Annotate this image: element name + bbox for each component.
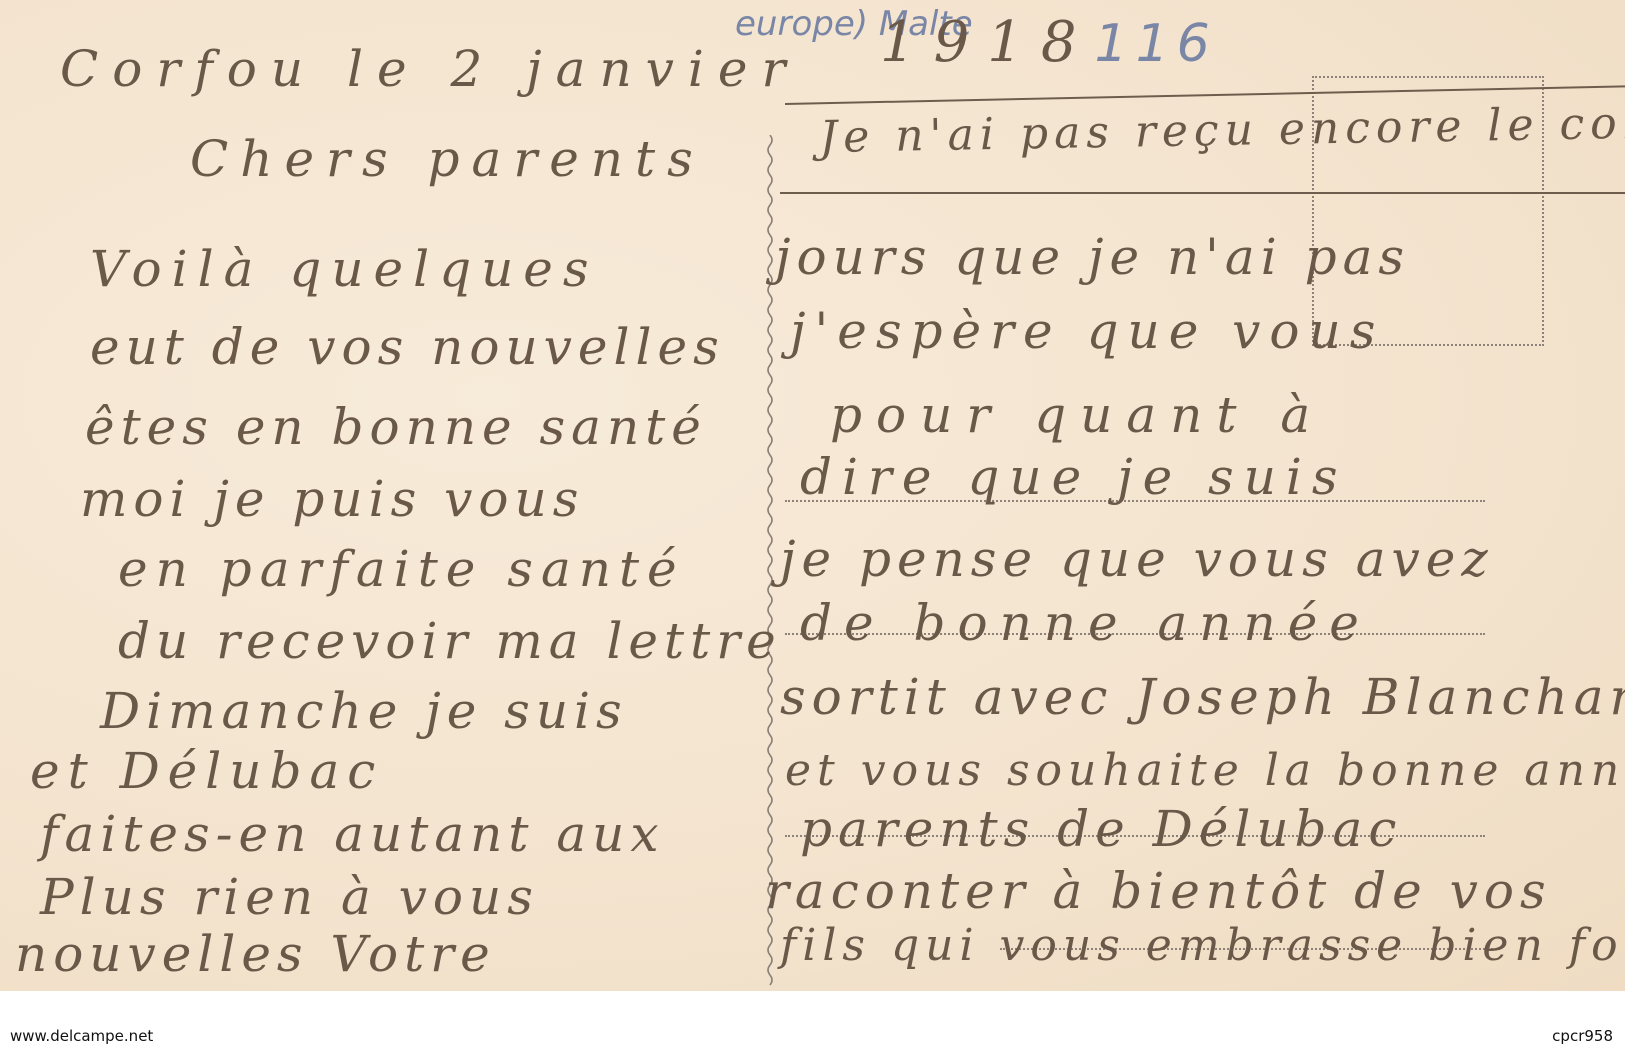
year-reference: 1918116	[880, 10, 1218, 75]
message-line-left: eut de vos nouvelles	[90, 318, 725, 376]
year-pencil: 116	[1095, 14, 1218, 74]
message-line-right: de bonne année	[800, 594, 1371, 652]
seller-code: cpcr958	[1552, 1027, 1613, 1045]
message-line-right: parents de Délubac	[800, 800, 1402, 858]
message-line-left: Dimanche je suis	[100, 682, 628, 740]
message-line-left: faites-en autant aux	[40, 805, 665, 863]
message-line-right: je pense que vous avez	[780, 530, 1494, 588]
message-line-left: du recevoir ma lettre	[118, 612, 782, 670]
year-ink: 1918	[880, 10, 1095, 75]
message-line-left: Voilà quelques	[90, 240, 599, 298]
address-rule-second	[780, 192, 1625, 194]
postcard-back: Corfou le 2 janvier europe) Malte 191811…	[0, 0, 1625, 991]
message-line-left: Chers parents	[190, 130, 705, 188]
message-line-right: fils qui vous embrasse bien fort	[780, 920, 1625, 971]
message-line-right: pour quant à	[830, 386, 1324, 444]
message-line-right: j'espère que vous	[790, 302, 1384, 360]
message-line-left: en parfaite santé	[118, 540, 685, 598]
message-line-left: nouvelles Votre	[15, 925, 496, 983]
place-date: Corfou le 2 janvier	[60, 40, 799, 98]
message-line-right: raconter à bientôt de vos	[765, 862, 1552, 920]
message-line-right: sortit avec Joseph Blanchar	[780, 668, 1625, 726]
message-line-left: êtes en bonne santé	[85, 398, 707, 456]
message-line-right: jours que je n'ai pas	[775, 228, 1410, 286]
message-line-left: et Délubac	[30, 742, 383, 800]
message-line-left: Plus rien à vous	[40, 868, 539, 926]
message-line-left: moi je puis vous	[80, 470, 584, 528]
message-line-right: dire que je suis	[800, 448, 1348, 506]
site-watermark: www.delcampe.net	[10, 1027, 153, 1045]
message-line-right: et vous souhaite la bonne année	[785, 745, 1625, 796]
